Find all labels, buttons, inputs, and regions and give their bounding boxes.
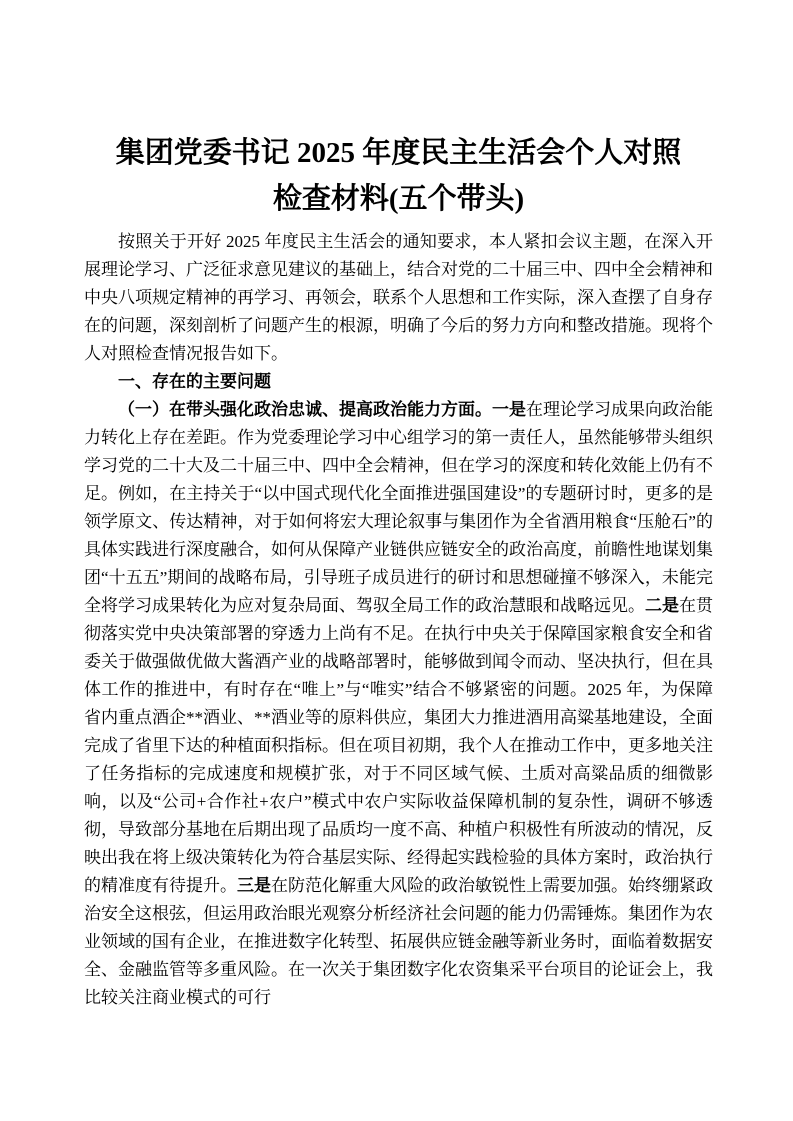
document-title: 集团党委书记 2025 年度民主生活会个人对照 检查材料(五个带头)	[84, 130, 713, 222]
text-run: 在防范化解重大风险的政治敏锐性上需要加强。始终绷紧政治安全这根弦，但运用政治眼光…	[84, 876, 713, 1007]
emphasis-run: 二是	[645, 596, 679, 615]
document-page: 集团党委书记 2025 年度民主生活会个人对照 检查材料(五个带头) 按照关于开…	[0, 0, 793, 1121]
emphasis-run: 一、存在的主要问题	[118, 372, 271, 391]
text-run: 按照关于开好 2025 年度民主生活会的通知要求，本人紧扣会议主题，在深入开展理…	[84, 232, 713, 363]
document-title-line-1: 集团党委书记 2025 年度民主生活会个人对照	[84, 130, 713, 176]
text-run: 在贯彻落实党中央决策部署的穿透力上尚有不足。在执行中央关于保障国家粮食安全和省委…	[84, 596, 713, 895]
intro-paragraph: 按照关于开好 2025 年度民主生活会的通知要求，本人紧扣会议主题，在深入开展理…	[84, 228, 713, 368]
document-title-line-2: 检查材料(五个带头)	[84, 176, 713, 222]
emphasis-run: 三是	[237, 876, 271, 895]
emphasis-run: （一）在带头强化政治忠诚、提高政治能力方面。一是	[118, 400, 526, 419]
document-body: 按照关于开好 2025 年度民主生活会的通知要求，本人紧扣会议主题，在深入开展理…	[84, 228, 713, 1012]
section-heading-main-problems: 一、存在的主要问题	[84, 368, 713, 396]
section-1-paragraph: （一）在带头强化政治忠诚、提高政治能力方面。一是在理论学习成果向政治能力转化上存…	[84, 396, 713, 1012]
text-run: 在理论学习成果向政治能力转化上存在差距。作为党委理论学习中心组学习的第一责任人，…	[84, 400, 713, 615]
